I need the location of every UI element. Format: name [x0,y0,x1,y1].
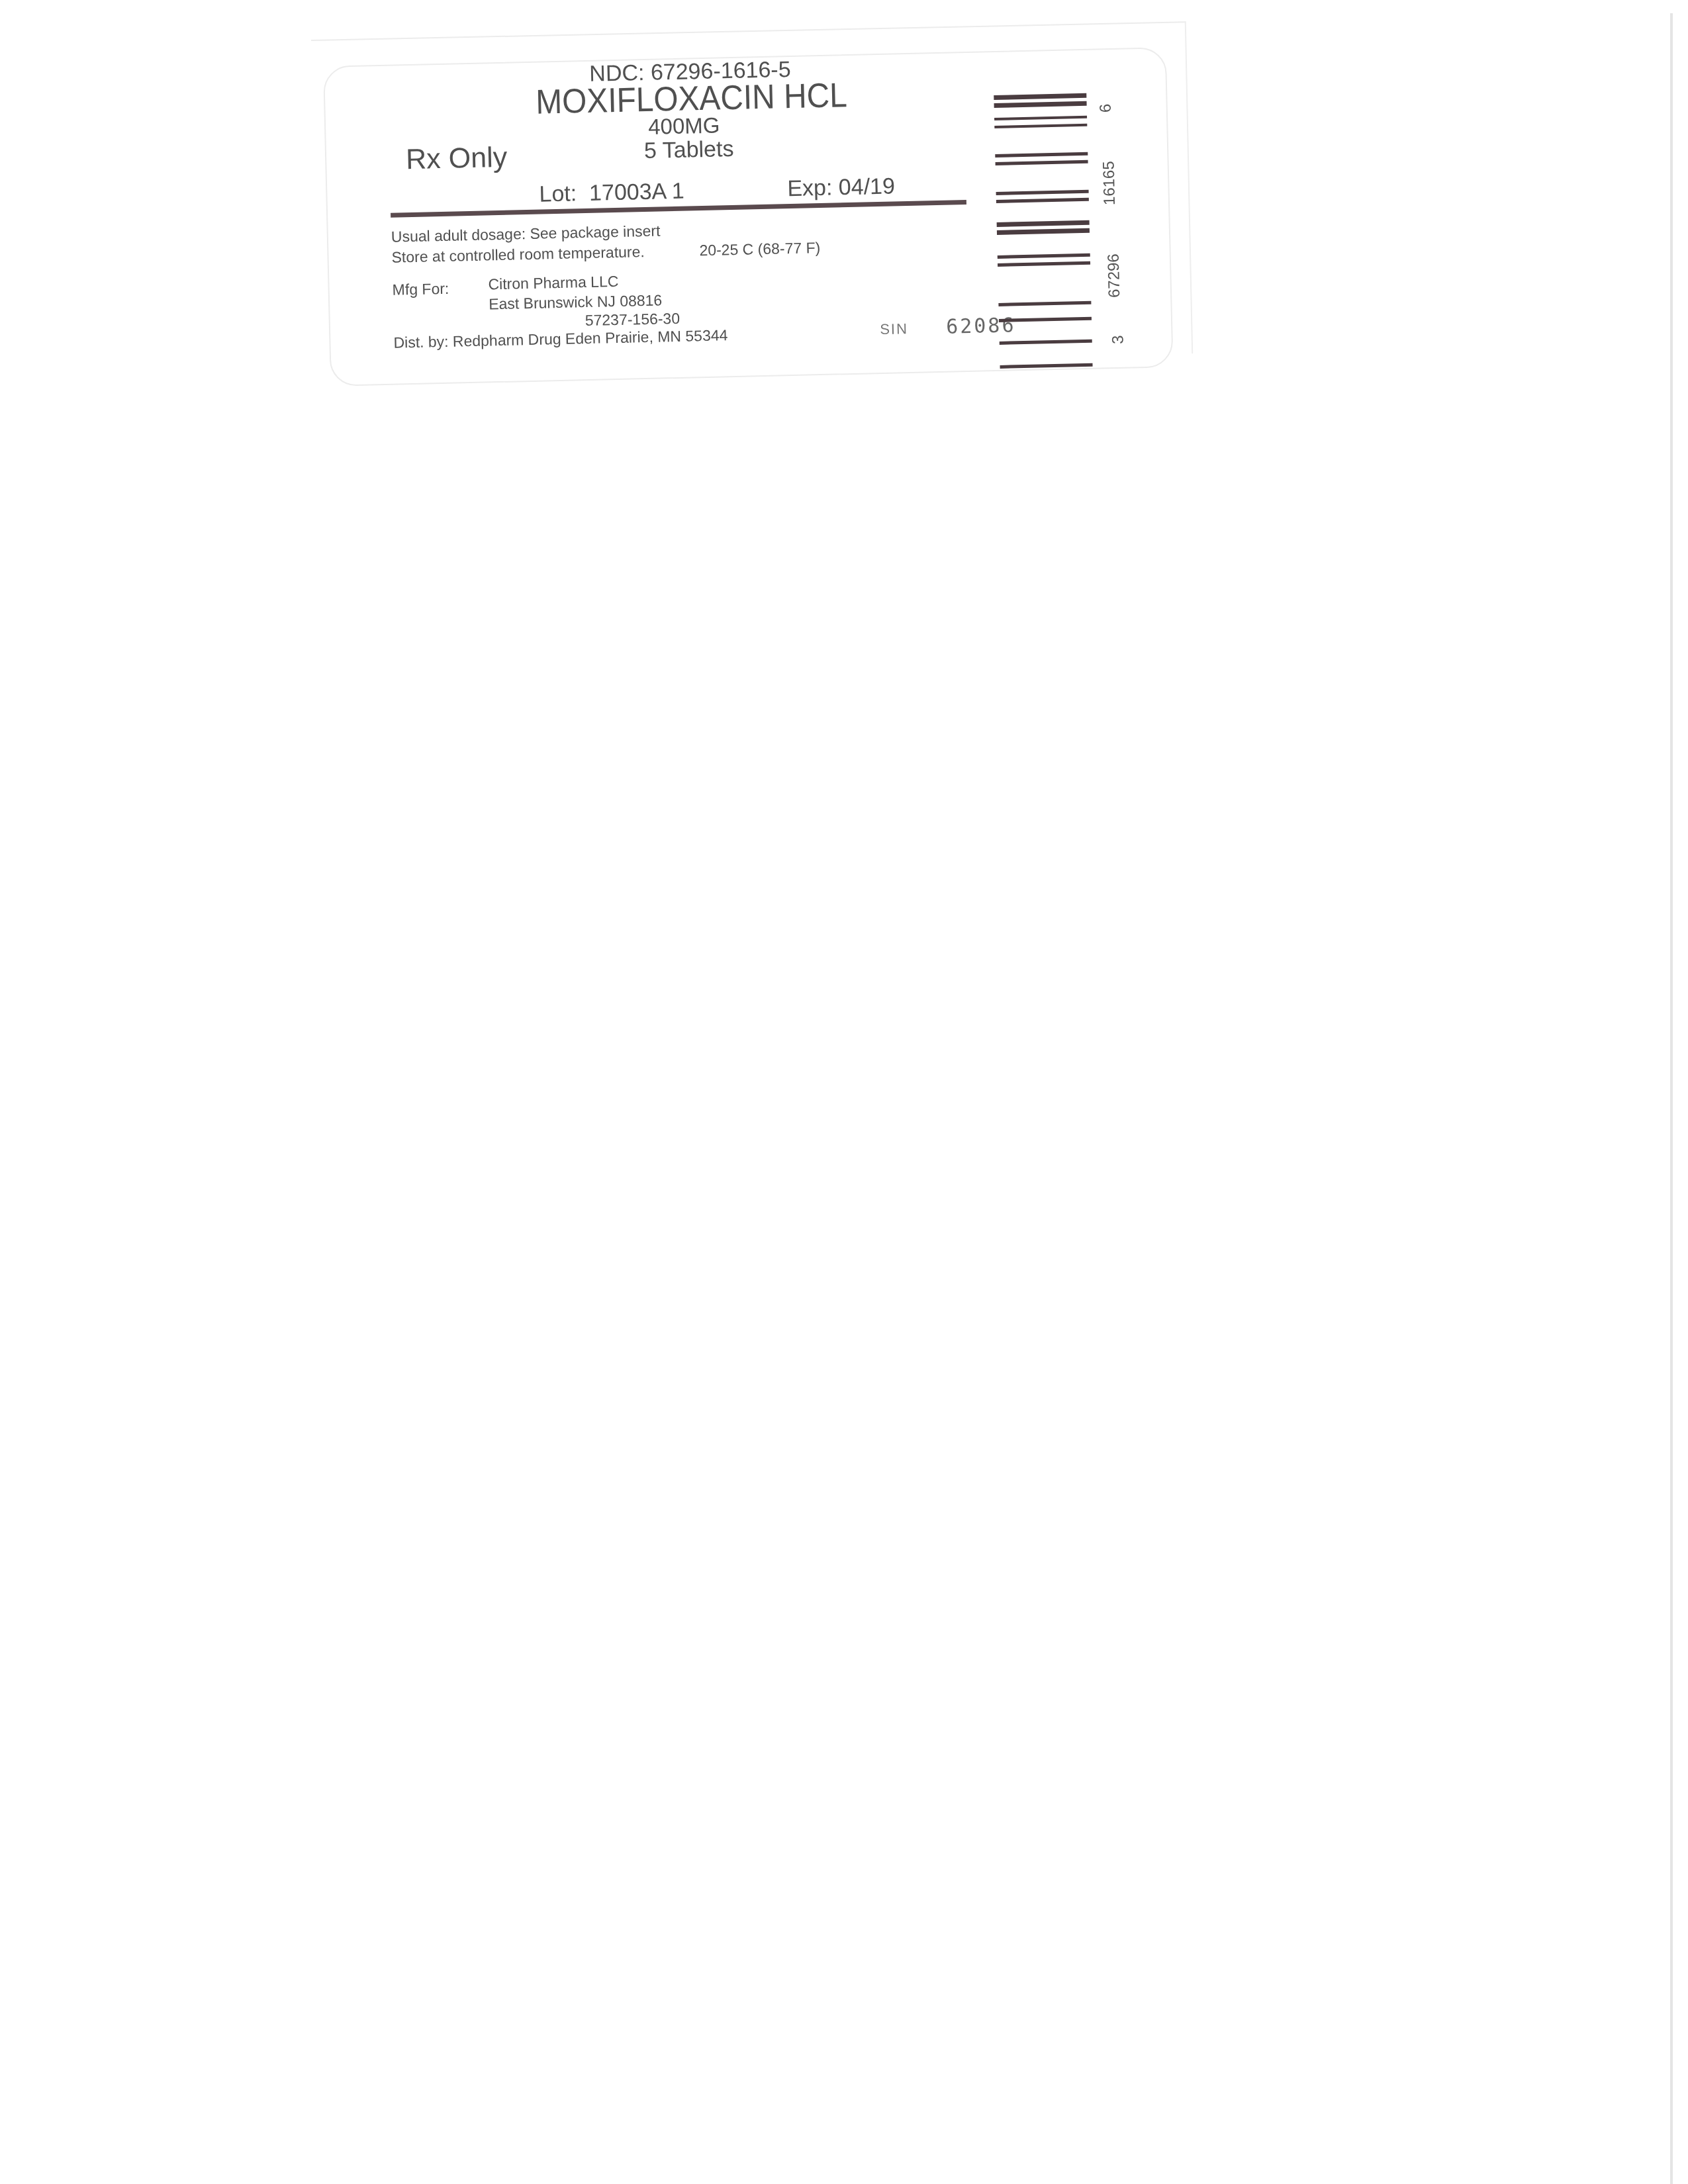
mfg-code: 57237-156-30 [585,310,680,330]
barcode-bar [994,101,1087,108]
barcode-bar [1000,363,1093,369]
expiration: Exp: 04/19 [787,173,895,202]
barcode-bar [997,228,1090,235]
barcode-bar [998,301,1091,306]
quantity: 5 Tablets [644,136,734,164]
scan-page-edge [1670,13,1673,2184]
drug-strength: 400MG [648,113,720,139]
barcode-bar [995,152,1088,158]
prescription-label: NDC: 67296-1616-5 MOXIFLOXACIN HCL 400MG… [323,47,1174,387]
storage-instructions: Store at controlled room temperature. [391,243,645,267]
barcode-digits-labeler: 67296 [1105,253,1125,298]
rx-only: Rx Only [406,142,508,176]
barcode-bar [994,115,1087,120]
sin-label: SIN [880,320,908,338]
storage-temperature: 20-25 C (68-77 F) [699,239,820,259]
barcode-bar [997,220,1090,227]
barcode-bar [998,253,1090,259]
barcode-bar [994,93,1086,100]
exp-label: Exp: [787,175,833,202]
barcode-bar [996,160,1088,165]
barcode-bar [996,190,1089,195]
barcode-digit-check: 6 [1097,104,1115,113]
lot-value: 17003A 1 [589,179,685,206]
dosage-instructions: Usual adult dosage: See package insert [391,222,661,246]
barcode-bar [994,123,1087,128]
distributor: Dist. by: Redpharm Drug Eden Prairie, MN… [393,326,727,351]
barcode-bar [1000,340,1092,345]
upc-barcode [994,93,1098,320]
barcode-bar [999,317,1092,322]
barcode-digits-product: 16165 [1100,161,1120,205]
lot-label: Lot: [539,181,577,206]
barcode-bar [998,261,1090,267]
barcode-digit-system: 3 [1109,335,1128,344]
mfg-name: Citron Pharma LLC [488,273,618,293]
mfg-label: Mfg For: [392,280,449,299]
lot-number: Lot: 17003A 1 [539,179,684,208]
exp-value: 04/19 [838,173,895,200]
barcode-bar [996,198,1089,203]
